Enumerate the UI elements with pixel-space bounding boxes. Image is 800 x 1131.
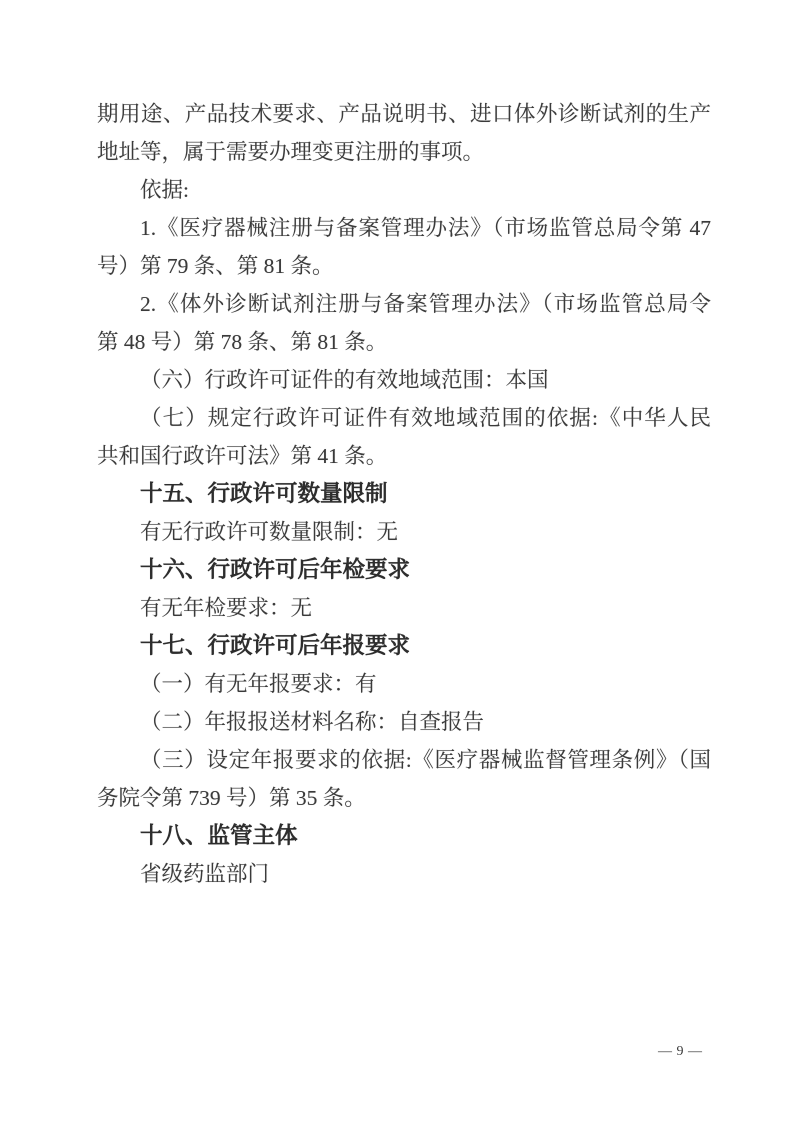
text-line: （六）行政许可证件的有效地域范围：本国 <box>97 361 711 399</box>
section-heading: 十八、监管主体 <box>97 817 711 855</box>
text-line: 地址等，属于需要办理变更注册的事项。 <box>97 133 711 171</box>
section-heading: 十七、行政许可后年报要求 <box>97 627 711 665</box>
text-line: （七）规定行政许可证件有效地域范围的依据:《中华人民 <box>97 399 711 437</box>
document-body: 期用途、产品技术要求、产品说明书、进口体外诊断试剂的生产 地址等，属于需要办理变… <box>97 95 711 893</box>
text-line: 期用途、产品技术要求、产品说明书、进口体外诊断试剂的生产 <box>97 95 711 133</box>
text-line: （一）有无年报要求：有 <box>97 665 711 703</box>
section-heading: 十五、行政许可数量限制 <box>97 475 711 513</box>
text-line: 依据: <box>97 171 711 209</box>
text-line: 有无年检要求：无 <box>97 589 711 627</box>
section-heading: 十六、行政许可后年检要求 <box>97 551 711 589</box>
text-line: 号）第 79 条、第 81 条。 <box>97 247 711 285</box>
text-line: 共和国行政许可法》第 41 条。 <box>97 437 711 475</box>
text-line: 省级药监部门 <box>97 855 711 893</box>
page-number: — 9 — <box>658 1042 703 1062</box>
text-line: （三）设定年报要求的依据:《医疗器械监督管理条例》（国 <box>97 741 711 779</box>
text-line: 务院令第 739 号）第 35 条。 <box>97 779 711 817</box>
text-line: 2.《体外诊断试剂注册与备案管理办法》（市场监管总局令 <box>97 285 711 323</box>
text-line: （二）年报报送材料名称：自查报告 <box>97 703 711 741</box>
document-page: 期用途、产品技术要求、产品说明书、进口体外诊断试剂的生产 地址等，属于需要办理变… <box>0 0 800 1131</box>
text-line: 1.《医疗器械注册与备案管理办法》（市场监管总局令第 47 <box>97 209 711 247</box>
text-line: 有无行政许可数量限制：无 <box>97 513 711 551</box>
text-line: 第 48 号）第 78 条、第 81 条。 <box>97 323 711 361</box>
